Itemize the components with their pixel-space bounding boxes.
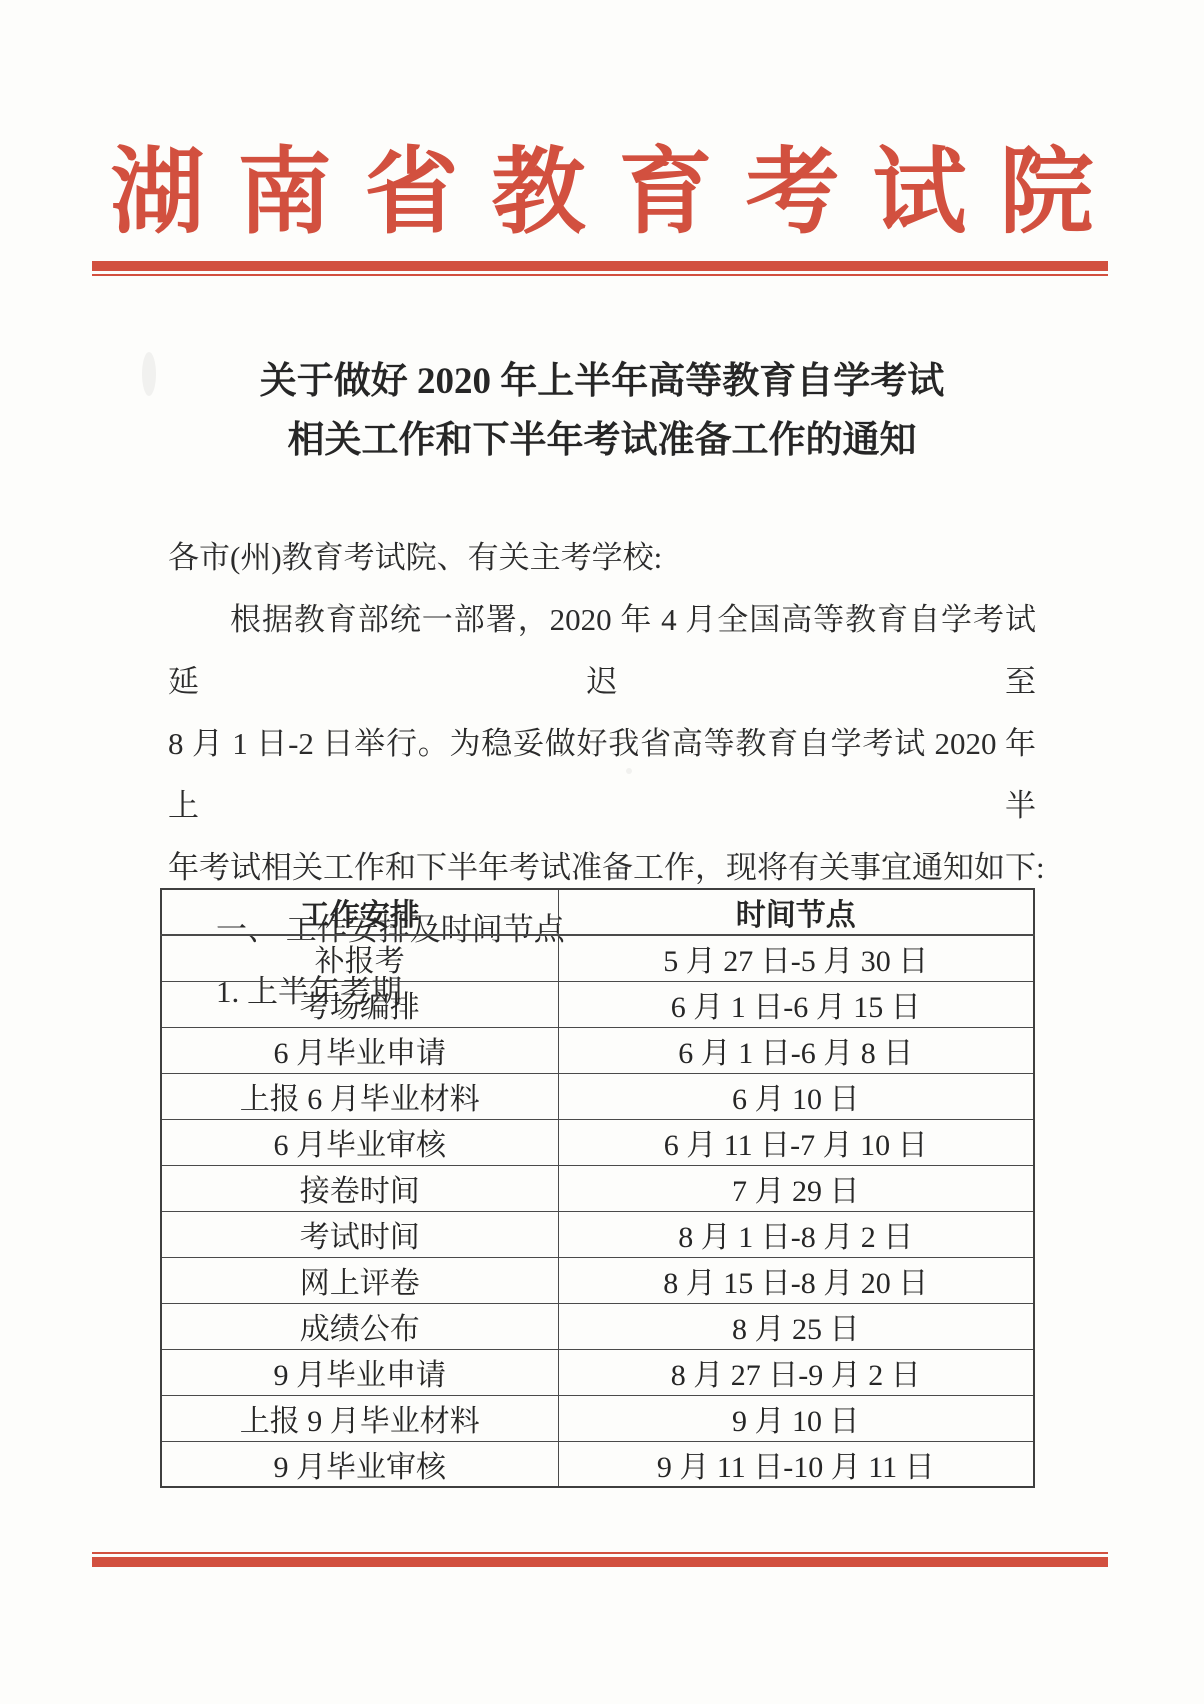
- task-cell: 考试时间: [161, 1211, 558, 1257]
- document-title: 关于做好 2020 年上半年高等教育自学考试 相关工作和下半年考试准备工作的通知: [0, 352, 1204, 470]
- task-cell: 成绩公布: [161, 1303, 558, 1349]
- table-row: 上报 6 月毕业材料6 月 10 日: [161, 1073, 1034, 1119]
- table-row: 网上评卷8 月 15 日-8 月 20 日: [161, 1257, 1034, 1303]
- task-cell: 6 月毕业申请: [161, 1027, 558, 1073]
- table-row: 9 月毕业申请8 月 27 日-9 月 2 日: [161, 1349, 1034, 1395]
- table-row: 6 月毕业审核6 月 11 日-7 月 10 日: [161, 1119, 1034, 1165]
- schedule-table: 工作安排 时间节点 补报考5 月 27 日-5 月 30 日考场编排6 月 1 …: [160, 888, 1035, 1488]
- table-header-row: 工作安排 时间节点: [161, 889, 1034, 935]
- scan-artifact: [142, 352, 156, 396]
- table-row: 上报 9 月毕业材料9 月 10 日: [161, 1395, 1034, 1441]
- letterhead-title: 湖南省教育考试院: [0, 146, 1204, 240]
- time-cell: 9 月 11 日-10 月 11 日: [558, 1441, 1034, 1487]
- time-cell: 8 月 27 日-9 月 2 日: [558, 1349, 1034, 1395]
- footer-separator: [92, 1552, 1108, 1567]
- time-cell: 8 月 15 日-8 月 20 日: [558, 1257, 1034, 1303]
- scan-artifact: [626, 768, 632, 774]
- time-cell: 6 月 1 日-6 月 8 日: [558, 1027, 1034, 1073]
- scanned-document: { "page": { "letterhead": "湖南省教育考试院", "t…: [0, 0, 1204, 1704]
- table-row: 接卷时间7 月 29 日: [161, 1165, 1034, 1211]
- task-cell: 6 月毕业审核: [161, 1119, 558, 1165]
- time-cell: 6 月 1 日-6 月 15 日: [558, 981, 1034, 1027]
- paragraph-line: 根据教育部统一部署，2020 年 4 月全国高等教育自学考试延迟至: [168, 589, 1036, 713]
- task-cell: 网上评卷: [161, 1257, 558, 1303]
- time-cell: 6 月 10 日: [558, 1073, 1034, 1119]
- separator-thin-rule: [92, 274, 1108, 276]
- task-cell: 9 月毕业申请: [161, 1349, 558, 1395]
- table-row: 6 月毕业申请6 月 1 日-6 月 8 日: [161, 1027, 1034, 1073]
- table-row: 补报考5 月 27 日-5 月 30 日: [161, 935, 1034, 981]
- separator-thick-rule: [92, 261, 1108, 271]
- task-cell: 接卷时间: [161, 1165, 558, 1211]
- task-cell: 上报 9 月毕业材料: [161, 1395, 558, 1441]
- task-cell: 考场编排: [161, 981, 558, 1027]
- table-row: 9 月毕业审核9 月 11 日-10 月 11 日: [161, 1441, 1034, 1487]
- task-cell: 9 月毕业审核: [161, 1441, 558, 1487]
- table-row: 考场编排6 月 1 日-6 月 15 日: [161, 981, 1034, 1027]
- separator-thin-rule: [92, 1552, 1108, 1554]
- body-paragraph: 根据教育部统一部署，2020 年 4 月全国高等教育自学考试延迟至8 月 1 日…: [168, 589, 1036, 899]
- letterhead-separator: [92, 261, 1108, 276]
- document-title-line1: 关于做好 2020 年上半年高等教育自学考试: [0, 352, 1204, 411]
- table-row: 考试时间8 月 1 日-8 月 2 日: [161, 1211, 1034, 1257]
- schedule-table-body: 补报考5 月 27 日-5 月 30 日考场编排6 月 1 日-6 月 15 日…: [161, 935, 1034, 1487]
- task-cell: 补报考: [161, 935, 558, 981]
- salutation-line: 各市(州)教育考试院、有关主考学校:: [168, 527, 1036, 589]
- time-cell: 8 月 1 日-8 月 2 日: [558, 1211, 1034, 1257]
- time-cell: 5 月 27 日-5 月 30 日: [558, 935, 1034, 981]
- paragraph-line: 8 月 1 日-2 日举行。为稳妥做好我省高等教育自学考试 2020 年上半: [168, 713, 1036, 837]
- time-cell: 8 月 25 日: [558, 1303, 1034, 1349]
- task-cell: 上报 6 月毕业材料: [161, 1073, 558, 1119]
- separator-thick-rule: [92, 1557, 1108, 1567]
- header-cell-task: 工作安排: [161, 889, 558, 935]
- document-title-line2: 相关工作和下半年考试准备工作的通知: [0, 411, 1204, 470]
- time-cell: 6 月 11 日-7 月 10 日: [558, 1119, 1034, 1165]
- header-cell-time: 时间节点: [558, 889, 1034, 935]
- table-row: 成绩公布8 月 25 日: [161, 1303, 1034, 1349]
- time-cell: 9 月 10 日: [558, 1395, 1034, 1441]
- time-cell: 7 月 29 日: [558, 1165, 1034, 1211]
